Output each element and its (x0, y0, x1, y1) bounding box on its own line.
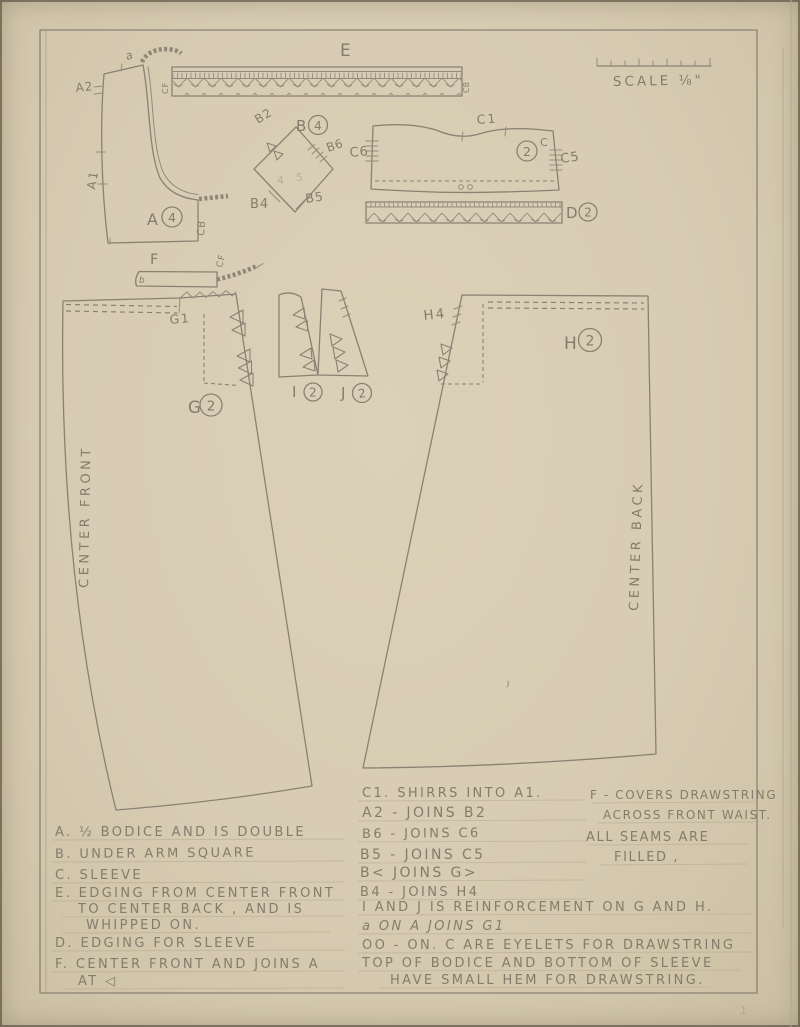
notes-left: A. ½ BODICE AND IS DOUBLE B. UNDER ARM S… (55, 825, 335, 989)
footer-mark: 1 (740, 1004, 747, 1017)
scale-ruler: SCALE ⅛" (597, 58, 711, 90)
piece-a-qty: 4 (168, 210, 176, 225)
eyelet (468, 185, 473, 190)
piece-a-cb-label: CB (196, 220, 208, 237)
pattern-drawing: SCALE ⅛" E CF CB A2 A1 a A 4 CB (0, 0, 800, 1027)
note-line: B< JOINS G> (360, 865, 478, 881)
piece-i-qty: 2 (309, 386, 317, 400)
note-line: F. CENTER FRONT AND JOINS A (55, 957, 320, 972)
note-line: B6 - JOINS C6 (362, 826, 481, 842)
note-line: TOP OF BODICE AND BOTTOM OF SLEEVE (361, 956, 714, 971)
pattern-sheet: SCALE ⅛" E CF CB A2 A1 a A 4 CB (0, 0, 800, 1027)
piece-a-a1-label: A1 (84, 169, 101, 191)
note-line: OO - ON. C ARE EYELETS FOR DRAWSTRING (362, 938, 735, 953)
notes-right: F - COVERS DRAWSTRING ACROSS FRONT WAIST… (586, 788, 777, 865)
piece-b-label: B (296, 117, 306, 135)
piece-f-label: F (150, 252, 158, 268)
pen-mark (507, 681, 508, 687)
note-line: F - COVERS DRAWSTRING (590, 788, 777, 802)
piece-b-n4: 4 (277, 174, 284, 187)
seam-ticks-a (94, 64, 122, 244)
piece-c: C1 C6 C5 2 C (349, 111, 581, 193)
note-line: ALL SEAMS ARE (586, 830, 709, 845)
note-line: B4 - JOINS H4 (360, 885, 479, 900)
note-line: C. SLEEVE (55, 868, 143, 883)
piece-g-qty: 2 (207, 399, 216, 415)
piece-b-n5: 5 (296, 171, 303, 184)
notches-i (293, 308, 315, 371)
drawstring-top (142, 49, 181, 62)
piece-e-cf-label: CF (161, 82, 170, 94)
piece-d-qty: 2 (584, 206, 592, 220)
piece-i-label: I (292, 383, 297, 401)
piece-g-g1-label: G1 (169, 310, 191, 327)
note-line: B. UNDER ARM SQUARE (55, 846, 256, 862)
piece-g: G1 G 2 CENTER FRONT (63, 291, 312, 811)
notches-b (267, 143, 283, 160)
piece-d-label: D (566, 204, 578, 222)
piece-h-label: H (564, 334, 577, 354)
note-line: a ON A JOINS G1 (362, 919, 506, 934)
piece-h-qty: 2 (586, 334, 595, 350)
piece-j: J 2 (318, 289, 372, 403)
scale-label: SCALE ⅛" (613, 72, 704, 90)
piece-f-b-mark: b (139, 276, 145, 286)
note-line: A2 - JOINS B2 (362, 805, 487, 821)
piece-a-label: A (147, 210, 159, 229)
note-line: FILLED , (614, 850, 679, 865)
piece-b-b4-label: B4 (250, 197, 269, 212)
piece-b-qty: 4 (314, 119, 322, 133)
note-line: TO CENTER BACK , AND IS (77, 902, 304, 917)
note-line: ACROSS FRONT WAIST. (603, 808, 772, 822)
piece-b-b6-label: B6 (325, 136, 345, 155)
center-front-label: CENTER FRONT (77, 445, 94, 588)
piece-d: D 2 (366, 202, 597, 223)
drawstring-side (199, 196, 228, 199)
piece-b: 4 5 B2 B 4 B6 B5 B4 (250, 105, 345, 212)
piece-a-mark-a: a (124, 48, 135, 63)
piece-c-qty: 2 (523, 144, 531, 159)
piece-c-c1-label: C1 (476, 111, 498, 127)
piece-j-label: J (340, 384, 345, 402)
eyelet (459, 185, 464, 190)
piece-i: I 2 (279, 293, 322, 401)
piece-h: H4 H 2 CENTER BACK (363, 295, 656, 768)
note-line: D. EDGING FOR SLEEVE (55, 936, 257, 951)
notches-g (230, 310, 253, 386)
piece-c-label: C (540, 136, 548, 149)
seam-ticks-c (366, 127, 562, 170)
center-back-label: CENTER BACK (627, 481, 647, 611)
piece-e-cb-label: CB (462, 82, 471, 93)
piece-e: E CF CB (161, 41, 471, 96)
note-line: WHIPPED ON. (86, 918, 201, 933)
piece-b-b5-label: B5 (304, 189, 324, 206)
note-line: AT ◁ (78, 974, 118, 989)
piece-f: F b CF (136, 252, 263, 287)
note-line: HAVE SMALL HEM FOR DRAWSTRING. (390, 973, 705, 988)
piece-j-qty: 2 (357, 386, 367, 401)
piece-f-cf-label: CF (215, 253, 228, 268)
piece-c-c5-label: C5 (559, 149, 580, 167)
note-line: C1. SHIRRS INTO A1. (362, 786, 543, 801)
piece-g-label: G (188, 398, 201, 417)
piece-b-b2-label: B2 (252, 105, 275, 126)
piece-h-h4-label: H4 (423, 306, 447, 324)
notches-j (330, 334, 348, 372)
note-line: B5 - JOINS C5 (360, 847, 485, 863)
note-line: I AND J IS REINFORCEMENT ON G AND H. (362, 900, 713, 915)
note-line: A. ½ BODICE AND IS DOUBLE (55, 825, 306, 840)
piece-a-a2-label: A2 (75, 79, 94, 95)
piece-e-label: E (340, 41, 352, 61)
note-line: E. EDGING FROM CENTER FRONT (55, 886, 335, 901)
piece-c-c6-label: C6 (349, 144, 370, 161)
seam-ticks-h (452, 306, 462, 325)
